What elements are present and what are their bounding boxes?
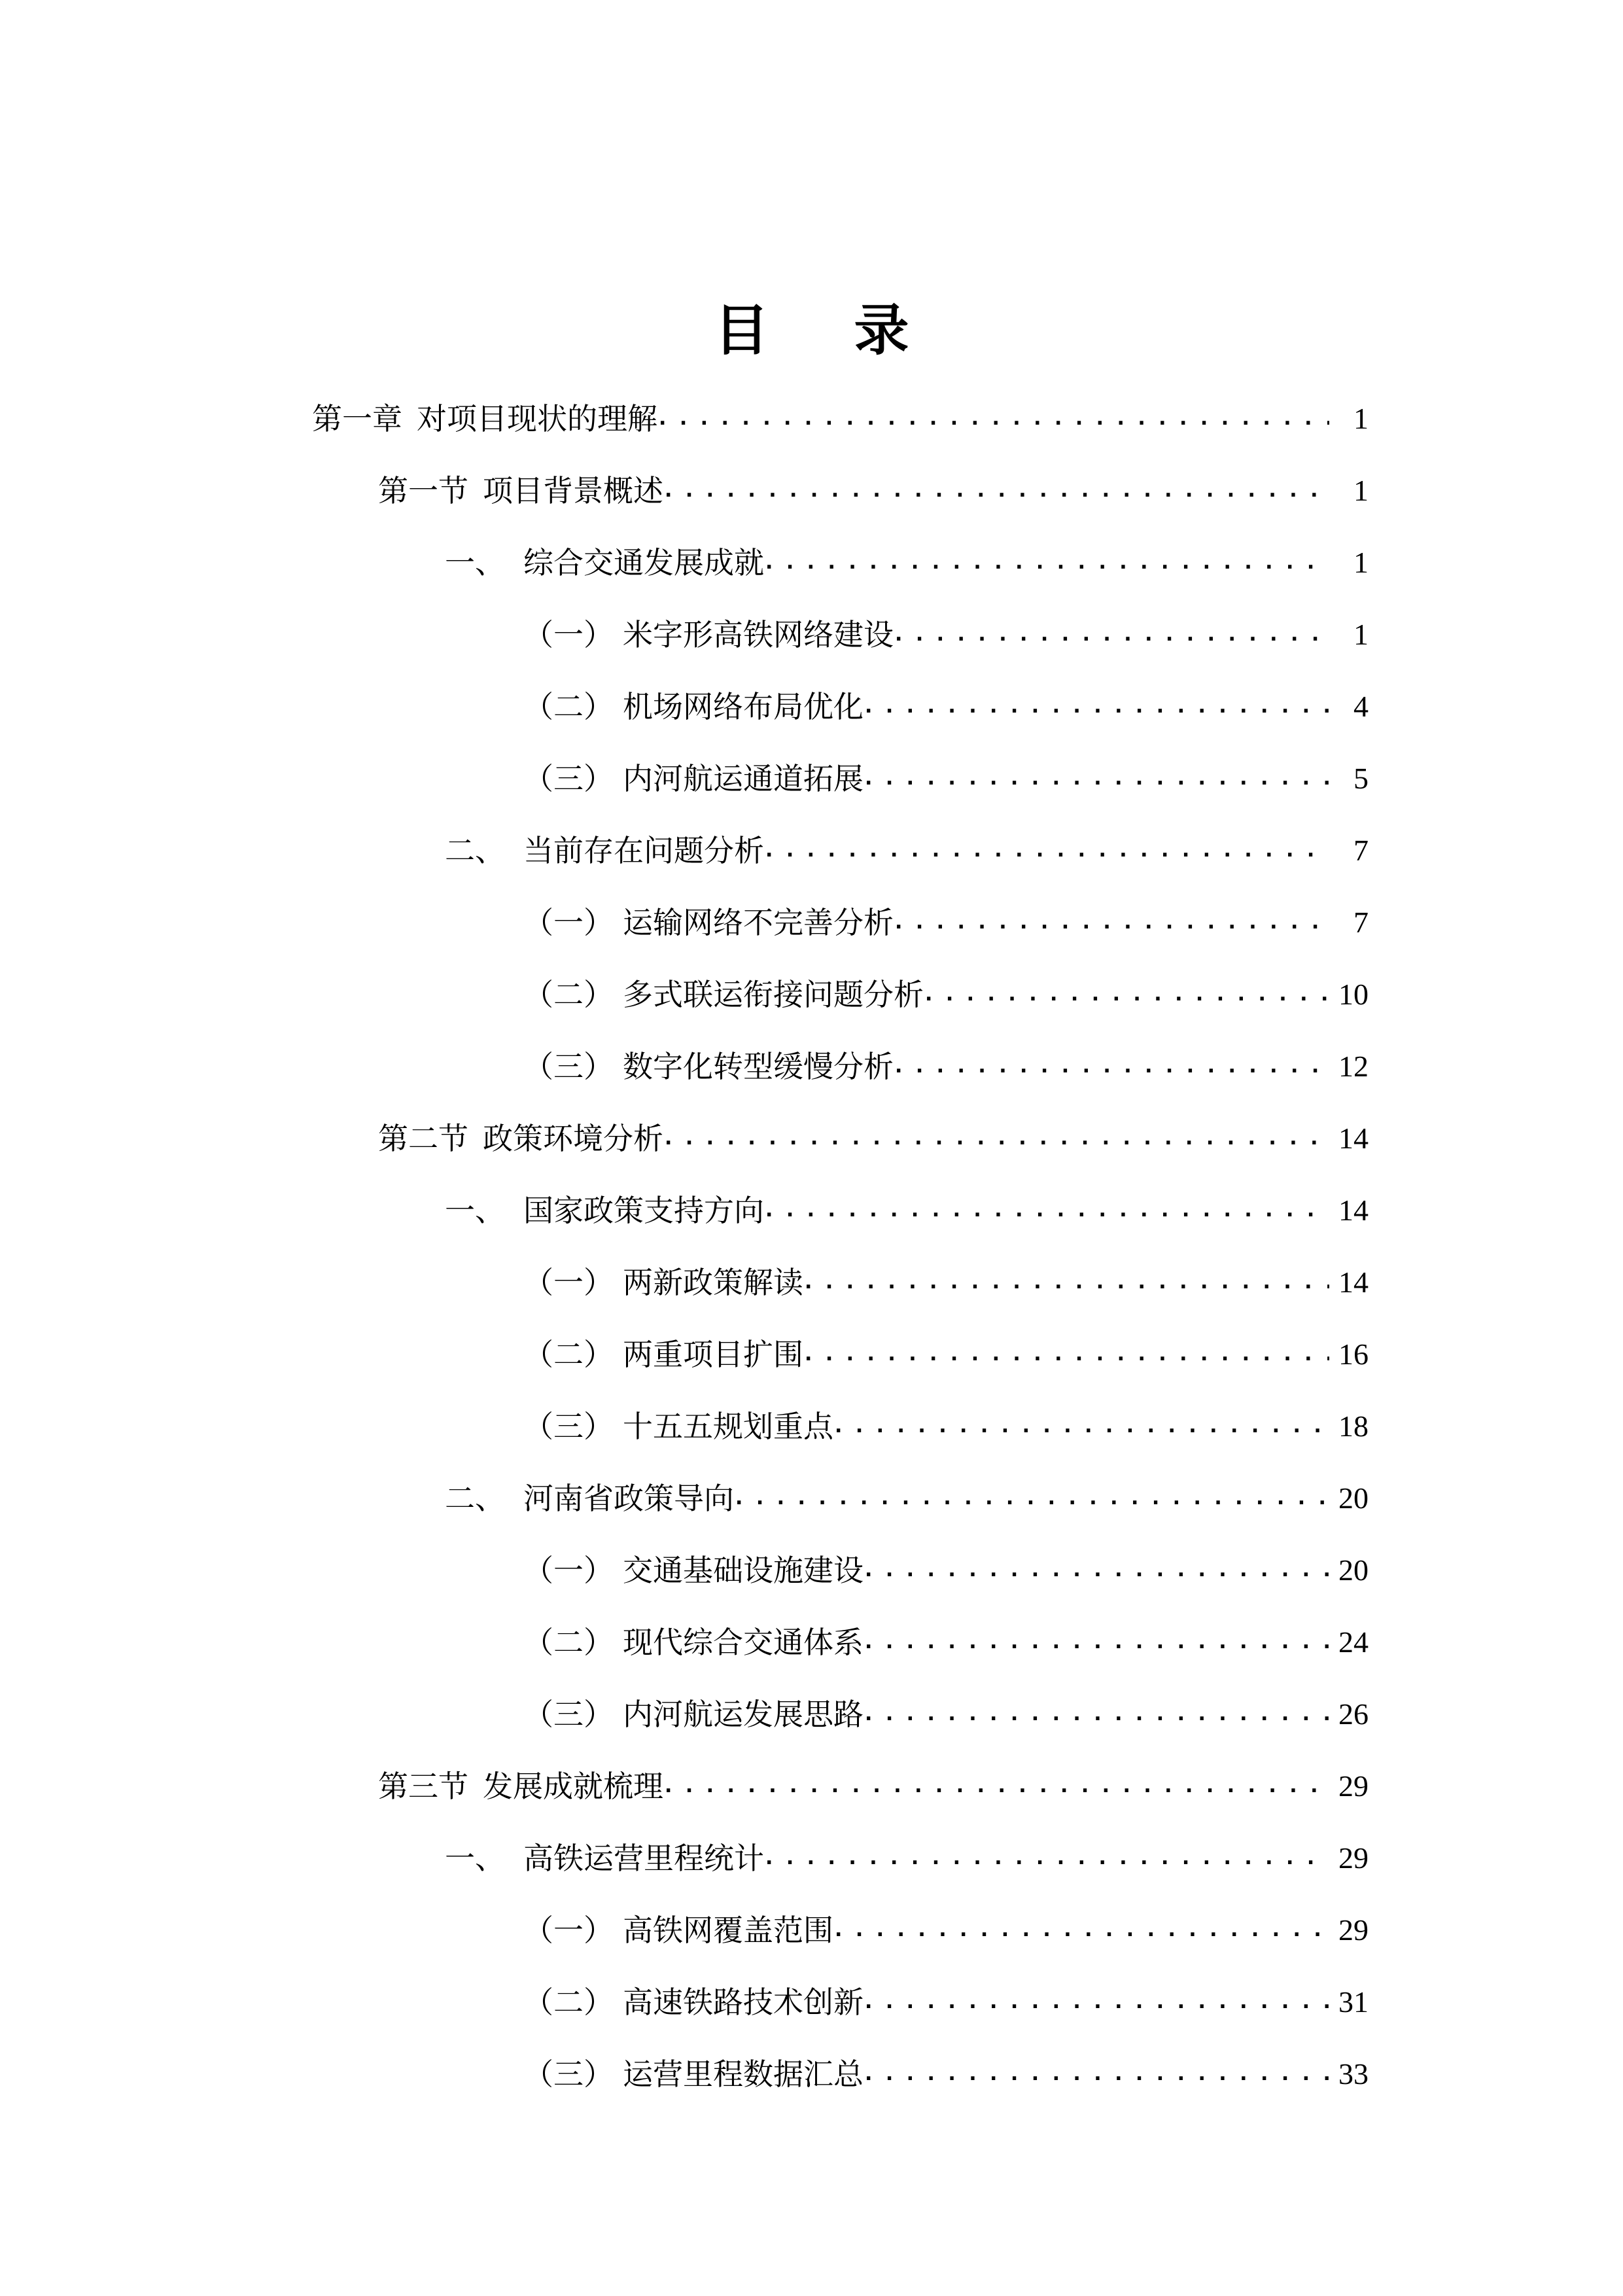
toc-page-number: 10 xyxy=(1332,975,1369,1014)
dot-leader xyxy=(865,1695,1329,1734)
dot-leader xyxy=(805,1335,1329,1374)
toc-entry-section[interactable]: 第二节 政策环境分析 14 xyxy=(378,1111,1369,1158)
toc-entry-section[interactable]: 第三节 发展成就梳理 29 xyxy=(378,1759,1369,1806)
toc-page-number: 29 xyxy=(1332,1839,1369,1878)
toc-entry-item[interactable]: （二） 两重项目扩围 16 xyxy=(523,1327,1369,1374)
toc-marker: （一） xyxy=(523,903,623,942)
toc-entry-title: 运营里程数据汇总 xyxy=(623,2055,864,2094)
toc-entry-subsection[interactable]: 一、 国家政策支持方向 14 xyxy=(445,1183,1369,1230)
toc-entry-item[interactable]: （三） 内河航运通道拓展 5 xyxy=(523,751,1369,798)
toc-entry-title: 米字形高铁网络建设 xyxy=(623,615,894,654)
toc-entry-title: 对项目现状的理解 xyxy=(417,399,657,438)
dot-leader xyxy=(765,831,1329,870)
toc-entry-item[interactable]: （一） 运输网络不完善分析 7 xyxy=(523,895,1369,942)
dot-leader xyxy=(665,1119,1329,1158)
toc-marker: （一） xyxy=(523,1263,623,1302)
dot-leader xyxy=(805,1263,1329,1302)
dot-leader xyxy=(895,1047,1329,1086)
toc-entry-title: 政策环境分析 xyxy=(483,1119,663,1158)
toc-marker: （三） xyxy=(523,1407,623,1446)
dot-leader xyxy=(895,903,1329,942)
toc-marker: （二） xyxy=(523,1983,623,2022)
toc-page-number: 14 xyxy=(1332,1119,1369,1158)
toc-entry-title: 机场网络布局优化 xyxy=(623,687,864,726)
toc-entry-chapter[interactable]: 第一章 对项目现状的理解 1 xyxy=(312,391,1369,438)
toc-page-number: 1 xyxy=(1332,543,1369,582)
toc-entry-title: 数字化转型缓慢分析 xyxy=(623,1047,894,1086)
toc-entry-title: 河南省政策导向 xyxy=(523,1479,734,1518)
toc-entry-title: 高铁网覆盖范围 xyxy=(623,1911,833,1950)
toc-page-number: 12 xyxy=(1332,1047,1369,1086)
dot-leader xyxy=(925,975,1329,1014)
dot-leader xyxy=(835,1407,1329,1446)
dot-leader xyxy=(865,1551,1329,1590)
toc-entry-item[interactable]: （三） 运营里程数据汇总 33 xyxy=(523,2047,1369,2094)
toc-entry-item[interactable]: （三） 内河航运发展思路 26 xyxy=(523,1687,1369,1734)
toc-entry-subsection[interactable]: 二、 河南省政策导向 20 xyxy=(445,1471,1369,1518)
dot-leader xyxy=(895,615,1329,654)
dot-leader xyxy=(765,543,1329,582)
dot-leader xyxy=(665,1767,1329,1806)
toc-marker: 一、 xyxy=(445,1839,523,1878)
dot-leader xyxy=(865,2055,1329,2094)
dot-leader xyxy=(865,687,1329,726)
toc-entry-title: 十五五规划重点 xyxy=(623,1407,833,1446)
toc-page-number: 18 xyxy=(1332,1407,1369,1446)
toc-entry-item[interactable]: （二） 多式联运衔接问题分析 10 xyxy=(523,967,1369,1014)
toc-entry-title: 内河航运发展思路 xyxy=(623,1695,864,1734)
toc-entry-title: 多式联运衔接问题分析 xyxy=(623,975,924,1014)
toc-marker: （三） xyxy=(523,1047,623,1086)
toc-entry-title: 当前存在问题分析 xyxy=(523,831,764,870)
toc-marker: （一） xyxy=(523,1911,623,1950)
toc-marker: （二） xyxy=(523,1623,623,1662)
toc-entry-item[interactable]: （二） 高速铁路技术创新 31 xyxy=(523,1975,1369,2022)
toc-entry-title: 国家政策支持方向 xyxy=(523,1191,764,1230)
dot-leader xyxy=(659,399,1329,438)
toc-page-number: 16 xyxy=(1332,1335,1369,1374)
dot-leader xyxy=(835,1911,1329,1950)
toc-page-number: 1 xyxy=(1332,615,1369,654)
toc-marker: 二、 xyxy=(445,831,523,870)
toc-entry-title: 交通基础设施建设 xyxy=(623,1551,864,1590)
dot-leader xyxy=(865,1623,1329,1662)
toc-marker: 第二节 xyxy=(378,1119,468,1158)
dot-leader xyxy=(665,471,1329,510)
toc-entry-title: 综合交通发展成就 xyxy=(523,543,764,582)
toc-marker: （一） xyxy=(523,1551,623,1590)
toc-marker: （二） xyxy=(523,1335,623,1374)
toc-page-number: 7 xyxy=(1332,831,1369,870)
toc-page-number: 33 xyxy=(1332,2055,1369,2094)
toc-marker: （二） xyxy=(523,975,623,1014)
toc-entry-title: 高铁运营里程统计 xyxy=(523,1839,764,1878)
toc-page-number: 1 xyxy=(1332,471,1369,510)
toc-entry-title: 项目背景概述 xyxy=(483,471,663,510)
toc-page-number: 31 xyxy=(1332,1983,1369,2022)
toc-marker: （二） xyxy=(523,687,623,726)
toc-page-number: 26 xyxy=(1332,1695,1369,1734)
dot-leader xyxy=(765,1839,1329,1878)
toc-page-number: 20 xyxy=(1332,1551,1369,1590)
toc-page-number: 5 xyxy=(1332,759,1369,798)
toc-entry-item[interactable]: （三） 数字化转型缓慢分析 12 xyxy=(523,1039,1369,1086)
toc-page-number: 1 xyxy=(1332,399,1369,438)
toc-entry-item[interactable]: （二） 现代综合交通体系 24 xyxy=(523,1615,1369,1662)
toc-page-number: 20 xyxy=(1332,1479,1369,1518)
toc-marker: 二、 xyxy=(445,1479,523,1518)
toc-entry-title: 两重项目扩围 xyxy=(623,1335,803,1374)
toc-entry-item[interactable]: （三） 十五五规划重点 18 xyxy=(523,1399,1369,1446)
toc-marker: 一、 xyxy=(445,543,523,582)
toc-entry-title: 运输网络不完善分析 xyxy=(623,903,894,942)
toc-marker: （一） xyxy=(523,615,623,654)
dot-leader xyxy=(865,759,1329,798)
toc-marker: （三） xyxy=(523,2055,623,2094)
toc-page-number: 29 xyxy=(1332,1911,1369,1950)
toc-entry-item[interactable]: （二） 机场网络布局优化 4 xyxy=(523,679,1369,726)
toc-entry-item[interactable]: （一） 米字形高铁网络建设 1 xyxy=(523,607,1369,654)
toc-page-number: 14 xyxy=(1332,1191,1369,1230)
toc-entry-item[interactable]: （一） 高铁网覆盖范围 29 xyxy=(523,1903,1369,1950)
toc-entry-subsection[interactable]: 二、 当前存在问题分析 7 xyxy=(445,823,1369,870)
toc-marker: 第三节 xyxy=(378,1767,468,1806)
toc-entry-subsection[interactable]: 一、 综合交通发展成就 1 xyxy=(445,535,1369,582)
dot-leader xyxy=(765,1191,1329,1230)
toc-marker: （三） xyxy=(523,759,623,798)
toc-marker: （三） xyxy=(523,1695,623,1734)
toc-entry-section[interactable]: 第一节 项目背景概述 1 xyxy=(378,463,1369,510)
toc-marker: 第一节 xyxy=(378,471,468,510)
toc-marker: 一、 xyxy=(445,1191,523,1230)
toc-entry-title: 高速铁路技术创新 xyxy=(623,1983,864,2022)
dot-leader xyxy=(735,1479,1329,1518)
page-title: 目 录 xyxy=(0,298,1623,363)
toc-entry-title: 两新政策解读 xyxy=(623,1263,803,1302)
toc-entry-title: 发展成就梳理 xyxy=(483,1767,663,1806)
toc-page-number: 4 xyxy=(1332,687,1369,726)
toc-page-number: 29 xyxy=(1332,1767,1369,1806)
toc-page-number: 14 xyxy=(1332,1263,1369,1302)
toc-entry-item[interactable]: （一） 两新政策解读 14 xyxy=(523,1255,1369,1302)
toc-entry-item[interactable]: （一） 交通基础设施建设 20 xyxy=(523,1543,1369,1590)
toc-marker: 第一章 xyxy=(312,399,402,438)
dot-leader xyxy=(865,1983,1329,2022)
toc-entry-title: 现代综合交通体系 xyxy=(623,1623,864,1662)
toc-page-number: 7 xyxy=(1332,903,1369,942)
toc-entry-title: 内河航运通道拓展 xyxy=(623,759,864,798)
toc-entry-subsection[interactable]: 一、 高铁运营里程统计 29 xyxy=(445,1831,1369,1878)
toc-page-number: 24 xyxy=(1332,1623,1369,1662)
